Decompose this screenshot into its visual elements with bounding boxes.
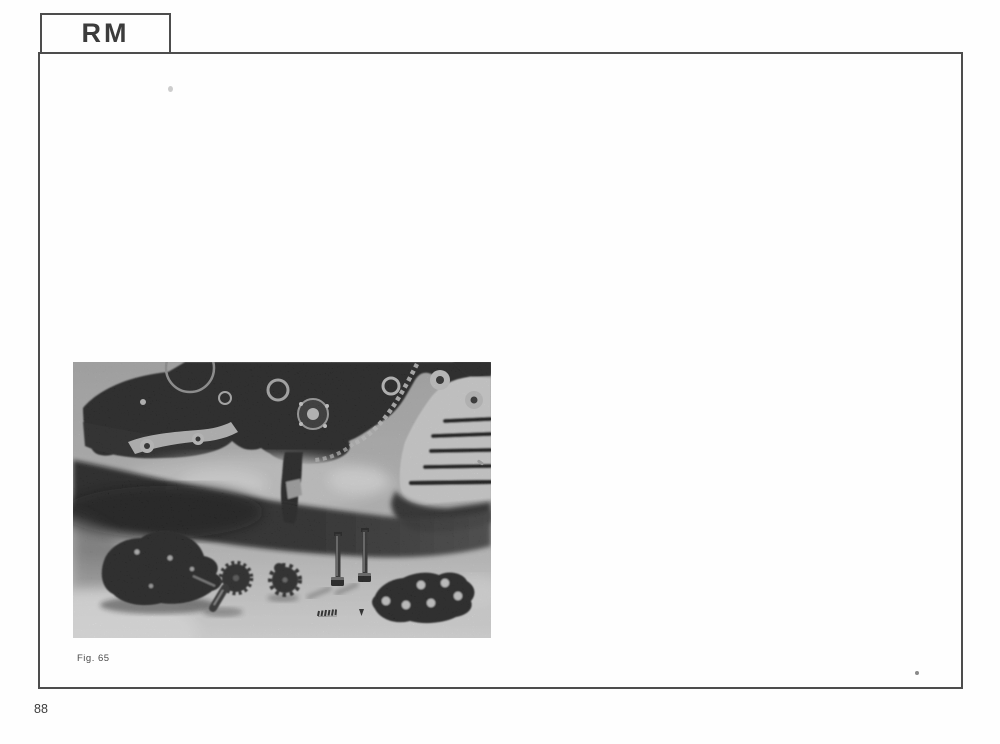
model-code-label: RM — [82, 18, 130, 49]
figure-photo — [73, 362, 491, 638]
scan-speck — [915, 671, 919, 675]
figure-caption: Fig. 65 — [77, 653, 110, 664]
crankcase-photo-graphic — [73, 362, 491, 638]
model-code-tab: RM — [40, 13, 171, 54]
page-number: 88 — [34, 702, 48, 716]
photo-grain-light — [73, 362, 491, 638]
scan-speck — [168, 86, 173, 92]
